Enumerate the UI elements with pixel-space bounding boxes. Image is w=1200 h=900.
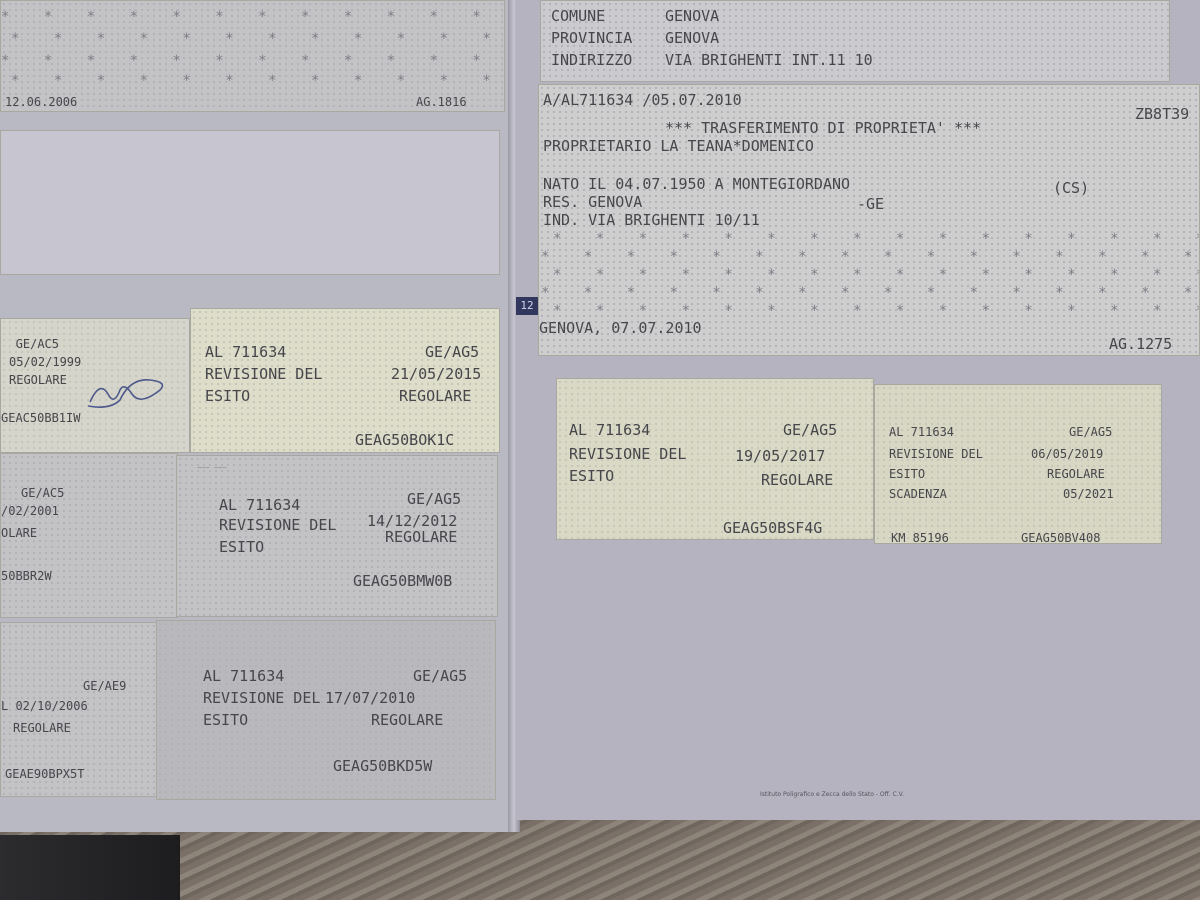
revision-label: REVISIONE DEL [205, 365, 322, 383]
wooden-floor-background [0, 820, 1200, 900]
plate-number: AL 711634 [569, 421, 650, 439]
left-page: * * * * * * * * * * * * * * * * * * * * … [0, 0, 512, 832]
transfer-agency: AG.1275 [1109, 335, 1172, 353]
plate-number: AL 711634 [889, 425, 954, 439]
signature [80, 372, 170, 412]
provincia-value: GENOVA [665, 29, 719, 47]
owner-address: IND. VIA BRIGHENTI 10/11 [543, 211, 760, 229]
sticker-result: OLARE [1, 526, 37, 540]
sticker-code: GEAC50BB1IW [1, 411, 80, 425]
star-pattern: * * * * * * * * * * * * * * * * * * * * … [553, 267, 1199, 283]
indirizzo-label: INDIRIZZO [551, 51, 632, 69]
old-inspection-sticker-2: GE/AC5 /02/2001 OLARE 50BBR2W [0, 453, 178, 618]
result-value: REGOLARE [371, 711, 443, 729]
result-value: REGOLARE [1047, 467, 1105, 481]
inspection-code: GEAG50BV408 [1021, 531, 1100, 545]
star-pattern: * * * * * * * * * * * * * * * * * * * * … [1, 53, 504, 69]
star-pattern: * * * * * * * * * * * * * * * * * * * * … [11, 73, 504, 89]
revision-date: 17/07/2010 [325, 689, 415, 707]
revision-label: REVISIONE DEL [219, 516, 336, 534]
top-left-sticker: * * * * * * * * * * * * * * * * * * * * … [0, 0, 505, 112]
micro-print: ~~~ ~~~ [197, 464, 227, 472]
transfer-place-date: GENOVA, 07.07.2010 [539, 319, 702, 337]
sticker-date: /02/2001 [1, 504, 59, 518]
inspection-office: GE/AG5 [425, 343, 479, 361]
comune-label: COMUNE [551, 7, 605, 25]
revision-label: REVISIONE DEL [203, 689, 320, 707]
address-sticker: COMUNE GENOVA PROVINCIA GENOVA INDIRIZZO… [540, 0, 1170, 82]
result-value: REGOLARE [399, 387, 471, 405]
inspection-code: GEAG50BSF4G [723, 519, 822, 537]
result-label: ESITO [889, 467, 925, 481]
owner-name: PROPRIETARIO LA TEANA*DOMENICO [543, 137, 814, 155]
sticker-office: GE/AC5 [16, 337, 59, 351]
inspection-office: GE/AG5 [407, 490, 461, 508]
revision-date: 06/05/2019 [1031, 447, 1103, 461]
revision-label: REVISIONE DEL [569, 445, 686, 463]
plate-number: AL 711634 [219, 496, 300, 514]
inspection-code: GEAG50BOK1C [355, 431, 454, 449]
result-value: REGOLARE [385, 528, 457, 546]
inspection-sticker-2019: AL 711634 GE/AG5 REVISIONE DEL 06/05/201… [874, 384, 1162, 544]
inspection-sticker-2012: ~~~ ~~~ AL 711634 GE/AG5 REVISIONE DEL 1… [176, 455, 498, 617]
dark-floor-area [0, 835, 180, 900]
right-page: COMUNE GENOVA PROVINCIA GENOVA INDIRIZZO… [516, 0, 1200, 820]
star-pattern: * * * * * * * * * * * * * * * * * * * * … [1, 9, 504, 25]
inspection-code: GEAG50BMW0B [353, 572, 452, 590]
expiry-label: SCADENZA [889, 487, 947, 501]
result-label: ESITO [569, 467, 614, 485]
star-pattern: * * * * * * * * * * * * * * * * * * * * … [541, 249, 1199, 265]
inspection-office: GE/AG5 [783, 421, 837, 439]
star-pattern: * * * * * * * * * * * * * * * * * * * * … [11, 31, 504, 47]
revision-date: 19/05/2017 [735, 447, 825, 465]
star-pattern: * * * * * * * * * * * * * * * * * * * * … [541, 285, 1199, 301]
sticker-code: GEAE90BPX5T [5, 767, 84, 781]
plate-number: AL 711634 [203, 667, 284, 685]
inspection-code: GEAG50BKD5W [333, 757, 432, 775]
residence-province: -GE [857, 195, 884, 213]
sticker-result: REGOLARE [9, 373, 67, 387]
inspection-sticker-2015: AL 711634 GE/AG5 REVISIONE DEL 21/05/201… [190, 308, 500, 453]
result-value: REGOLARE [761, 471, 833, 489]
revision-label: REVISIONE DEL [889, 447, 983, 461]
expiry-value: 05/2021 [1063, 487, 1114, 501]
provincia-label: PROVINCIA [551, 29, 632, 47]
blank-sticker-area [0, 130, 500, 275]
sticker-agency: AG.1816 [416, 95, 467, 109]
sticker-office: GE/AE9 [83, 679, 126, 693]
birth-province: (CS) [1053, 179, 1089, 197]
indirizzo-value: VIA BRIGHENTI INT.11 10 [665, 51, 873, 69]
old-inspection-sticker-3: GE/AE9 L 02/10/2006 REGOLARE GEAE90BPX5T [0, 622, 162, 797]
page-number-badge: 12 [516, 297, 538, 315]
inspection-sticker-2010: AL 711634 GE/AG5 REVISIONE DEL 17/07/201… [156, 620, 496, 800]
comune-value: GENOVA [665, 7, 719, 25]
transfer-title: *** TRASFERIMENTO DI PROPRIETA' *** [665, 119, 981, 137]
sticker-date: 05/02/1999 [9, 355, 81, 369]
sticker-office: GE/AC5 [21, 486, 64, 500]
inspection-office: GE/AG5 [1069, 425, 1112, 439]
result-label: ESITO [203, 711, 248, 729]
sticker-code: 50BBR2W [1, 569, 52, 583]
inspection-office: GE/AG5 [413, 667, 467, 685]
transfer-code: ZB8T39 [1135, 105, 1189, 123]
ownership-transfer-sticker: A/AL711634 /05.07.2010 ZB8T39 *** TRASFE… [538, 84, 1200, 356]
sticker-date: 12.06.2006 [5, 95, 77, 109]
sticker-date: L 02/10/2006 [1, 699, 88, 713]
result-label: ESITO [219, 538, 264, 556]
star-pattern: * * * * * * * * * * * * * * * * * * * * … [553, 303, 1199, 319]
result-label: ESITO [205, 387, 250, 405]
residence: RES. GENOVA [543, 193, 642, 211]
inspection-sticker-2017: AL 711634 GE/AG5 REVISIONE DEL 19/05/201… [556, 378, 874, 540]
revision-date: 21/05/2015 [391, 365, 481, 383]
odometer-km: KM 85196 [891, 531, 949, 545]
star-pattern: * * * * * * * * * * * * * * * * * * * * … [553, 231, 1199, 247]
birth-info: NATO IL 04.07.1950 A MONTEGIORDANO [543, 175, 850, 193]
plate-number: AL 711634 [205, 343, 286, 361]
transfer-reference: A/AL711634 /05.07.2010 [543, 91, 742, 109]
sticker-result: REGOLARE [13, 721, 71, 735]
printer-imprint: Istituto Poligrafico e Zecca dello Stato… [760, 791, 904, 798]
